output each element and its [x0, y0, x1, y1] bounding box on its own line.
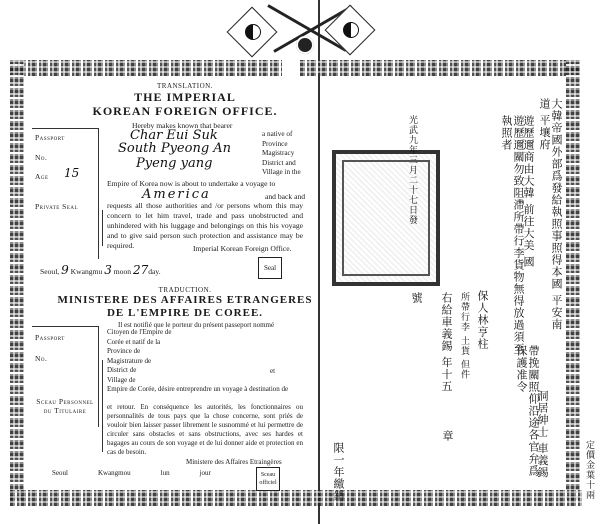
french-field: Magistrature de — [107, 357, 171, 367]
english-sidebar-box — [32, 128, 99, 259]
age-value: 15 — [64, 166, 79, 180]
date-day-label: day. — [148, 267, 160, 276]
date-moon: 3 — [104, 263, 112, 277]
french-field: Corée et natif de la — [107, 338, 171, 348]
korean-col3: 遊歷邇關勿致阻滯所帶行李貨物無得放過須至執照者 — [500, 115, 524, 355]
top-border-ornament-right — [300, 60, 582, 76]
english-title-line2: KOREAN FOREIGN OFFICE. — [60, 104, 310, 119]
french-voyage-line: Empire de Corée, désire entreprendre un … — [107, 385, 303, 394]
french-date-moon: lun — [161, 468, 170, 478]
english-title-line1: THE IMPERIAL — [70, 90, 300, 105]
age-label: Age — [35, 172, 49, 181]
french-fields: Citoyen de l'Empire de Corée et natif de… — [107, 328, 171, 385]
official-seal-stamp — [332, 150, 440, 286]
taeguk-symbol-icon — [343, 22, 359, 38]
date-era: Kwangmu — [71, 267, 103, 276]
french-field: Province de — [107, 347, 171, 357]
french-field: Village de — [107, 376, 171, 386]
french-date-era: Kwangmou — [98, 468, 131, 478]
french-field: District de — [107, 366, 171, 376]
bearer-col1: 所帶行李 土貨 但件 — [458, 292, 470, 392]
french-title-line1: MINISTERE DES AFFAIRES ETRANGERES — [40, 294, 330, 306]
korean-col1: 大韓帝國外部爲發給執照事照得本國 平安南道 平壤府 — [538, 98, 562, 338]
page-fold-line — [318, 0, 320, 524]
right-border-ornament — [566, 60, 580, 500]
french-seal-box: Sceau officiel — [256, 467, 280, 491]
date-moon-label: moon — [114, 267, 131, 276]
bearer-district: Pyeng yang — [136, 156, 212, 171]
bottom-border-ornament — [10, 490, 582, 506]
seal-mark: 章 — [441, 430, 453, 442]
english-seal-box: Seal — [258, 257, 282, 279]
validity-note: 限一年繳銷 — [332, 442, 344, 502]
destination-value: America — [142, 187, 211, 202]
date-column: 光武九年三月二十七日發 — [406, 115, 418, 285]
guarantor: 保人林亨柱 — [476, 290, 488, 370]
french-date-city: Seoul — [52, 468, 68, 478]
number-label: No. — [35, 153, 47, 162]
french-caption: TRADUCTION. — [110, 286, 260, 294]
passport-label: Passport — [35, 133, 65, 142]
french-signature: Ministere des Affaires Etraingères — [186, 457, 282, 467]
native-label: Province — [262, 140, 301, 150]
fee-note: 定價金葉十兩 — [583, 440, 595, 520]
french-date: Seoul Kwangmou lun jour — [52, 468, 232, 478]
english-signature: Imperial Korean Foreign Office. — [193, 244, 292, 254]
native-labels: a native of Province Magistracy District… — [262, 130, 301, 178]
french-request-text: et retour. En conséquence les autorités,… — [107, 403, 303, 457]
french-title-line2: DE L'EMPIRE DE COREE. — [60, 307, 310, 319]
french-number-label: No. — [35, 354, 47, 363]
english-date: Seoul, 9 Kwangmu 3 moon 27day. — [40, 265, 230, 277]
english-caption: TRANSLATION. — [110, 82, 260, 90]
number-mark: 號 — [410, 292, 422, 304]
top-border-ornament — [10, 60, 282, 76]
private-seal-label: Private Seal — [35, 202, 78, 211]
bearer-province: South Pyeong An — [118, 141, 231, 156]
french-field: Citoyen de l'Empire de — [107, 328, 171, 338]
date-city: Seoul, — [40, 267, 59, 276]
french-date-day: jour — [200, 468, 211, 478]
french-passport-label: Passport — [35, 333, 65, 342]
left-border-ornament — [10, 60, 24, 500]
native-label: Village in the — [262, 168, 301, 178]
sidebar-divider — [102, 210, 103, 246]
bearer-col2: 右給車義錫 年十五 — [440, 292, 452, 432]
native-label: Magistracy — [262, 149, 301, 159]
french-et-label: et — [270, 366, 275, 376]
native-label: a native of — [262, 130, 301, 140]
native-label: District and — [262, 159, 301, 169]
date-year: 9 — [61, 263, 69, 277]
personal-seal-label: Sceau Personnel du Titulaire — [32, 397, 98, 415]
crossed-flags-emblem — [220, 0, 390, 62]
plum-blossom-emblem-icon — [296, 36, 314, 54]
korean-col5: 洞居紳士 車義錫 — [536, 390, 548, 480]
taeguk-symbol-icon — [245, 24, 261, 40]
french-sidebar-divider — [102, 360, 103, 452]
date-day: 27 — [133, 263, 148, 277]
